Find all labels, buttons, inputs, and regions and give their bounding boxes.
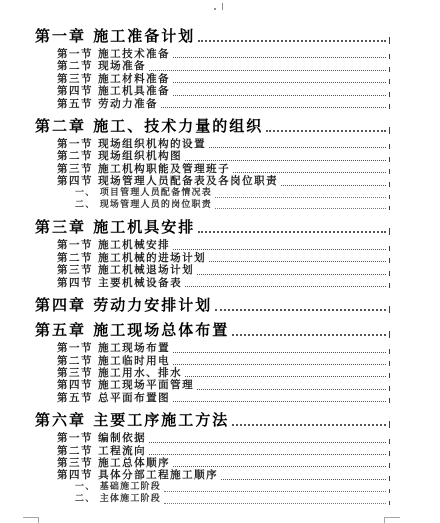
dot-leader — [233, 172, 385, 173]
toc-entry-label: 二、 主体施工阶段 — [75, 494, 161, 506]
line-end-tick — [389, 92, 391, 97]
dot-leader — [197, 274, 385, 275]
dot-leader — [232, 424, 385, 426]
toc-entry-label: 第五节 劳动力准备 — [57, 98, 158, 110]
dot-leader — [149, 442, 385, 443]
dot-leader — [161, 107, 385, 108]
toc-entry-label: 第四节 具体分部工程施工顺序 — [57, 469, 218, 481]
line-end-tick — [389, 439, 391, 444]
dot-leader — [164, 491, 386, 492]
line-end-tick — [389, 258, 391, 263]
line-end-tick — [389, 104, 391, 109]
toc-entry-label: 第二节 现场准备 — [57, 60, 146, 72]
toc-entry-chapter[interactable]: 第三章 施工机具安排 — [35, 218, 390, 236]
dot-leader — [209, 147, 385, 148]
dot-leader — [215, 208, 386, 209]
toc-entry-section[interactable]: 第四节 具体分部工程施工顺序 — [57, 469, 390, 481]
dot-leader — [198, 40, 385, 42]
line-end-tick — [389, 476, 391, 481]
toc-entry-label: 第四节 现场管理人员配备表及各岗位职责 — [57, 175, 278, 187]
toc-entry-label: 第二节 施工机械的进场计划 — [57, 252, 206, 264]
dot-leader — [209, 261, 385, 262]
dot-leader — [173, 364, 385, 365]
toc-entry-item[interactable]: 二、 现场管理人员的岗位职责 — [75, 200, 390, 212]
line-end-tick — [389, 501, 391, 505]
toc-entry-label: 第一章 施工准备计划 — [35, 27, 195, 45]
dot-leader — [173, 82, 385, 83]
toc-entry-section[interactable]: 第一节 施工技术准备 — [57, 48, 390, 60]
toc-entry-section[interactable]: 第二节 施工机械的进场计划 — [57, 252, 390, 264]
line-end-tick — [389, 144, 391, 149]
dot-leader — [185, 376, 385, 377]
toc-entry-section[interactable]: 第四节 主要机械设备表 — [57, 277, 390, 289]
line-end-tick — [389, 361, 391, 366]
toc-entry-item[interactable]: 二、 主体施工阶段 — [75, 494, 390, 506]
toc-entry-chapter[interactable]: 第六章 主要工序施工方法 — [35, 411, 390, 429]
document-page: 第一章 施工准备计划第一节 施工技术准备第二节 现场准备第三节 施工材料准备第四… — [0, 0, 440, 523]
page-margin-mark-left-icon — [23, 517, 39, 523]
toc-entry-chapter[interactable]: 第四章 劳动力安排计划 — [35, 296, 390, 314]
line-end-tick — [389, 373, 391, 378]
toc-entry-section[interactable]: 第二节 施工临时用电 — [57, 355, 390, 367]
toc-entry-item[interactable]: 一、 基础施工阶段 — [75, 482, 390, 494]
dot-leader — [173, 352, 385, 353]
dot-leader — [185, 160, 385, 161]
toc-entry-label: 二、 现场管理人员的岗位职责 — [75, 200, 212, 212]
dot-leader — [266, 130, 385, 132]
line-end-tick — [389, 182, 391, 187]
toc-entry-section[interactable]: 第三节 施工总体顺序 — [57, 457, 390, 469]
toc-entry-label: 第三节 施工机械退场计划 — [57, 264, 194, 276]
toc-entry-section[interactable]: 第一节 现场组织机构的设置 — [57, 138, 390, 150]
toc-entry-label: 第五章 施工现场总体布置 — [35, 321, 229, 339]
toc-entry-chapter[interactable]: 第二章 施工、技术力量的组织 — [35, 117, 390, 135]
dot-leader — [173, 466, 385, 467]
toc-entry-section[interactable]: 第三节 施工机构职能及管理班子 — [57, 163, 390, 175]
page-margin-mark-right-icon — [384, 517, 400, 523]
toc-entry-label: 第三节 施工总体顺序 — [57, 457, 170, 469]
line-end-tick — [389, 421, 391, 428]
toc-entry-label: 第四章 劳动力安排计划 — [35, 296, 212, 314]
toc-entry-label: 第四节 主要机械设备表 — [57, 277, 182, 289]
toc-entry-label: 第五节 总平面布置图 — [57, 392, 170, 404]
dot-leader — [149, 454, 385, 455]
toc-entry-label: 第一节 施工机械安排 — [57, 239, 170, 251]
line-end-tick — [389, 54, 391, 59]
line-end-tick — [389, 451, 391, 456]
dot-leader — [173, 95, 385, 96]
line-end-tick — [389, 349, 391, 354]
toc-entry-section[interactable]: 第四节 施工机具准备 — [57, 85, 390, 97]
toc-entry-section[interactable]: 第五节 劳动力准备 — [57, 98, 390, 110]
toc-entry-label: 第六章 主要工序施工方法 — [35, 411, 229, 429]
toc-entry-section[interactable]: 第三节 施工用水、排水 — [57, 367, 390, 379]
line-end-tick — [389, 246, 391, 251]
toc-entry-label: 第二节 现场组织机构图 — [57, 150, 182, 162]
line-end-tick — [389, 489, 391, 493]
line-end-tick — [389, 37, 391, 44]
dot-leader — [232, 334, 385, 336]
toc-entry-label: 第三节 施工材料准备 — [57, 73, 170, 85]
line-end-tick — [389, 386, 391, 391]
line-end-tick — [389, 306, 391, 313]
toc-entry-section[interactable]: 第一节 编制依据 — [57, 432, 390, 444]
toc-entry-label: 一、 项目管理人员配备情况表 — [75, 188, 212, 200]
toc-entry-label: 第一节 现场组织机构的设置 — [57, 138, 206, 150]
toc-entry-chapter[interactable]: 第一章 施工准备计划 — [35, 27, 390, 45]
line-end-tick — [389, 271, 391, 276]
dot-leader — [221, 479, 385, 480]
toc-entry-section[interactable]: 第一节 施工现场布置 — [57, 342, 390, 354]
line-end-tick — [389, 157, 391, 162]
dot-leader — [164, 503, 386, 504]
toc-entry-section[interactable]: 第二节 现场组织机构图 — [57, 150, 390, 162]
toc-entry-item[interactable]: 一、 项目管理人员配备情况表 — [75, 188, 390, 200]
dot-leader — [197, 389, 385, 390]
dot-leader — [185, 286, 385, 287]
dot-leader — [198, 231, 385, 233]
toc-entry-section[interactable]: 第三节 施工材料准备 — [57, 73, 390, 85]
toc-entry-label: 第一节 编制依据 — [57, 432, 146, 444]
toc-entry-label: 第一节 施工技术准备 — [57, 48, 170, 60]
toc-entry-section[interactable]: 第三节 施工机械退场计划 — [57, 264, 390, 276]
toc-entry-label: 一、 基础施工阶段 — [75, 482, 161, 494]
line-end-tick — [389, 206, 391, 210]
dot-leader — [215, 309, 385, 311]
toc-entry-section[interactable]: 第二节 现场准备 — [57, 60, 390, 72]
line-end-tick — [389, 283, 391, 288]
line-end-tick — [389, 331, 391, 338]
line-end-tick — [389, 398, 391, 403]
toc-entry-label: 第三节 施工用水、排水 — [57, 367, 182, 379]
line-end-tick — [389, 127, 391, 134]
line-end-tick — [389, 67, 391, 72]
line-end-tick — [389, 228, 391, 235]
toc-entry-section[interactable]: 第一节 施工机械安排 — [57, 239, 390, 251]
dot-leader — [149, 70, 385, 71]
line-end-tick — [389, 79, 391, 84]
toc-entry-section[interactable]: 第四节 施工现场平面管理 — [57, 379, 390, 391]
toc-entry-section[interactable]: 第四节 现场管理人员配备表及各岗位职责 — [57, 175, 390, 187]
toc-entry-label: 第二节 工程流向 — [57, 445, 146, 457]
toc-entry-label: 第四节 施工现场平面管理 — [57, 379, 194, 391]
line-end-tick — [389, 169, 391, 174]
dot-leader — [173, 249, 385, 250]
dot-leader — [173, 401, 385, 402]
dot-leader — [215, 197, 386, 198]
toc-entry-chapter[interactable]: 第五章 施工现场总体布置 — [35, 321, 390, 339]
dot-leader — [173, 57, 385, 58]
toc-entry-label: 第三章 施工机具安排 — [35, 218, 195, 236]
toc-entry-label: 第一节 施工现场布置 — [57, 342, 170, 354]
dot-leader — [281, 185, 385, 186]
toc-entry-label: 第二节 施工临时用电 — [57, 355, 170, 367]
line-end-tick — [389, 463, 391, 468]
toc-entry-label: 第二章 施工、技术力量的组织 — [35, 117, 263, 135]
toc-entry-section[interactable]: 第二节 工程流向 — [57, 445, 390, 457]
table-of-contents: 第一章 施工准备计划第一节 施工技术准备第二节 现场准备第三节 施工材料准备第四… — [35, 0, 390, 506]
line-end-tick — [389, 195, 391, 199]
toc-entry-section[interactable]: 第五节 总平面布置图 — [57, 392, 390, 404]
toc-entry-label: 第四节 施工机具准备 — [57, 85, 170, 97]
toc-entry-label: 第三节 施工机构职能及管理班子 — [57, 163, 230, 175]
